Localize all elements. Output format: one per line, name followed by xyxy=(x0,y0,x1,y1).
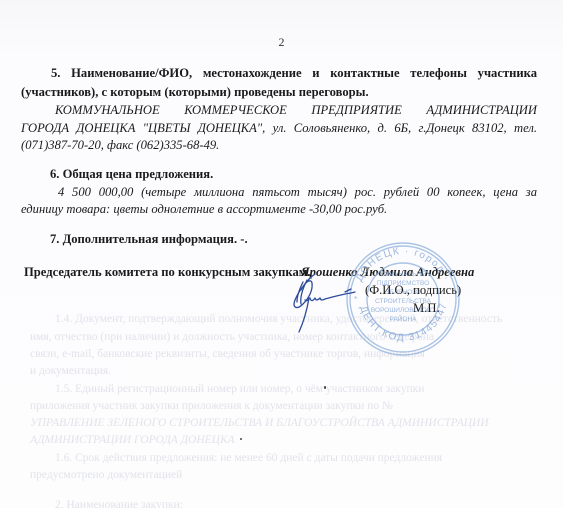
handwritten-signature-icon xyxy=(285,268,360,338)
bleed-through-line: УПРАВЛЕНИЕ ЗЕЛЕНОГО СТРОИТЕЛЬСТВА И БЛАГ… xyxy=(30,418,489,430)
official-stamp-icon: ДОНЕЦК · город · ІДЕНТ.КОД 31445447 КОМУ… xyxy=(344,240,462,358)
section-5-heading-line2: (участников), с которым (которыми) прове… xyxy=(21,86,369,99)
bleed-through-line: 1.6. Срок действия предложения: не менее… xyxy=(55,453,442,465)
section-5-heading-line1: 5. Наименование/ФИО, местонахождение и к… xyxy=(51,67,537,80)
participant-name-line1: КОММУНАЛЬНОЕ КОММЕРЧЕСКОЕ ПРЕДПРИЯТИЕ АД… xyxy=(55,104,537,117)
svg-text:КОМУНАЛЬНЕ: КОМУНАЛЬНЕ xyxy=(380,271,426,278)
svg-text:РАЙОНА: РАЙОНА xyxy=(390,314,418,323)
bleed-through-text xyxy=(55,152,62,164)
seal-label: М.П. xyxy=(413,302,440,315)
bleed-through-line: АДМИНИСТРАЦИИ ГОРОДА ДОНЕЦКА xyxy=(30,435,235,447)
page-number: 2 xyxy=(0,35,563,50)
section-7-heading: 7. Дополнительная информация. -. xyxy=(50,233,248,246)
bleed-through-line: 2. Наименование закупки: xyxy=(55,500,183,508)
bleed-through-line: предусмотрено документацией xyxy=(30,470,182,482)
ink-speck xyxy=(240,438,242,440)
bleed-through-line: приложения участник закупки приложения к… xyxy=(30,401,393,413)
signature-caption: (Ф.И.О., подпись) xyxy=(365,284,461,297)
document-page: 1.4. Документ, подтверждающий полномочия… xyxy=(0,0,563,508)
participant-phone-line: (071)387-70-20, факс (062)335-68-49. xyxy=(21,139,219,152)
ink-speck xyxy=(324,386,326,389)
offer-price-line1: 4 500 000,00 (четыре миллиона пятьсот ты… xyxy=(58,186,537,199)
offer-price-line2: единицу товара: цветы однолетние в ассор… xyxy=(21,203,387,216)
participant-address-line: ГОРОДА ДОНЕЦКА "ЦВЕТЫ ДОНЕЦКА", ул. Соло… xyxy=(21,122,537,135)
section-6-heading: 6. Общая цена предложения. xyxy=(50,168,213,181)
bleed-through-line: и документация. xyxy=(30,366,111,378)
bleed-through-line: 1.5. Единый регистрационный номер или но… xyxy=(55,384,424,396)
signatory-title: Председатель комитета по конкурсным заку… xyxy=(24,266,311,279)
